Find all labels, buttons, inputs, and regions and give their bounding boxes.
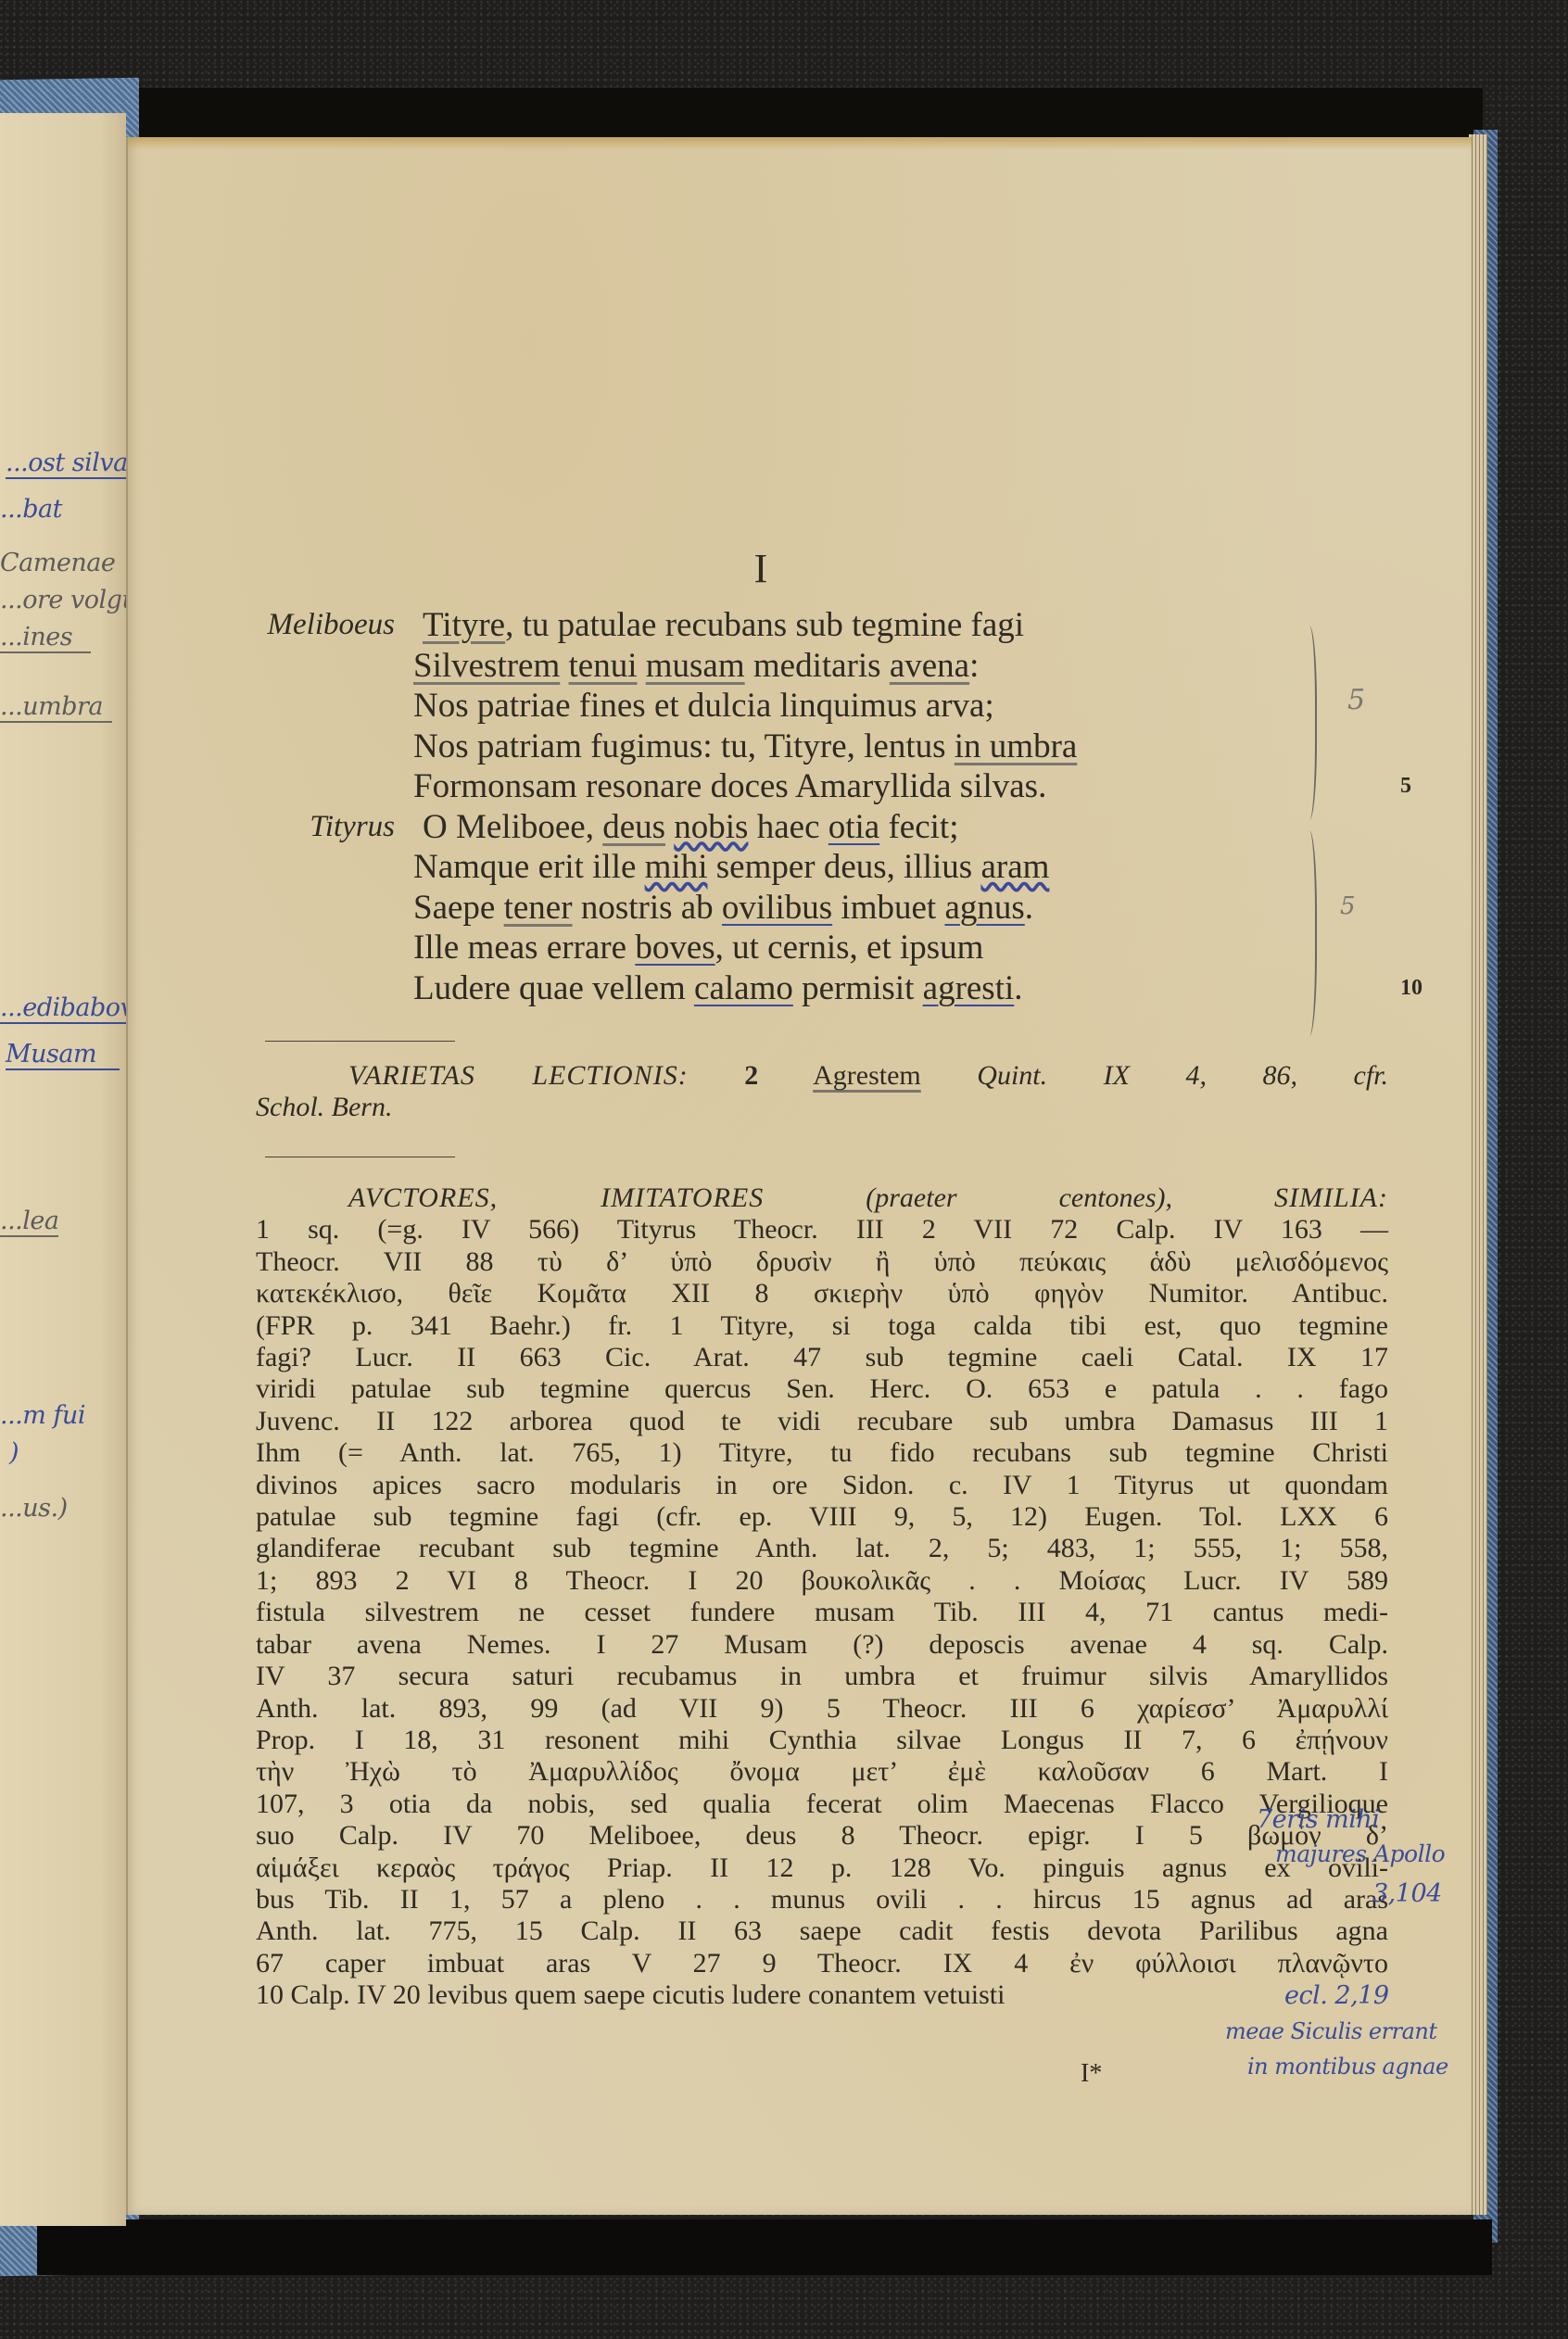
left-margin-note: ...ines [0,623,91,653]
left-margin-note: Camenae [0,549,115,577]
right-margin-note: meae Siculis errant [1225,2018,1436,2044]
speaker-label: Meliboeus [256,605,395,646]
verse-text: Nos patriam fugimus: tu, Tityre, lentus … [413,727,1077,767]
right-margin-note: ecl. 2,19 [1284,1981,1389,2010]
signature-mark: I* [1081,2059,1102,2089]
variant-readings: VARIETAS LECTIONIS: 2 Agrestem Quint. IX… [256,1060,1388,1124]
right-margin-note: 3,104 [1372,1879,1442,1908]
left-page-fragment: ...ost silvas ...bat Camenae ...ore volg… [0,113,126,2226]
apparatus-line: fagi? Lucr. II 663 Cic. Arat. 47 sub teg… [256,1342,1388,1373]
verse-text: Formonsam resonare doces Amaryllida silv… [413,766,1046,807]
pencil-bracket [1298,626,1317,820]
verse-text: Ludere quae vellem calamo permisit agres… [413,968,1023,1009]
verse-line: Namque erit ille mihi semper deus, illiu… [256,847,1414,888]
section-rule [265,1157,455,1157]
apparatus-line: 1; 893 2 VI 8 Theocr. I 20 βουκολικᾶς . … [256,1565,1388,1597]
line-number: 5 [1400,766,1411,807]
line-number: 10 [1400,968,1423,1009]
right-margin-note: 7eris mihi [1257,1805,1379,1834]
right-margin-note: in montibus agnae [1247,2054,1448,2080]
gutter-fold [126,137,128,2215]
poem-text: Meliboeus Tityre, tu patulae recubans su… [256,605,1414,1008]
apparatus-line: patulae sub tegmine fagi (cfr. ep. VIII … [256,1501,1388,1533]
apparatus-line: fistula silvestrem ne cesset fundere mus… [256,1597,1388,1628]
verse-text: Namque erit ille mihi semper deus, illiu… [413,847,1049,888]
left-margin-note: Musam [6,1040,120,1070]
apparatus-line: τὴν Ἠχὼ τὸ Ἀμαρυλλίδος ὄνομα μετ’ ἐμὲ κα… [256,1756,1388,1788]
variant-source: Quint. IX 4, 86, cfr. [977,1060,1388,1091]
book-shadow-top [93,88,1483,144]
left-margin-note: ...bat [0,495,62,524]
apparatus-line: 10 Calp. IV 20 levibus quem saepe cicuti… [256,1979,1388,2011]
verse-text: Ille meas errare boves, ut cernis, et ip… [413,928,983,968]
eclogue-number: I [126,545,1396,592]
variant-lemma: Agrestem [813,1060,921,1091]
verse-line: Ille meas errare boves, ut cernis, et ip… [256,928,1414,968]
apparatus-line: Anth. lat. 775, 15 Calp. II 63 saepe cad… [256,1915,1388,1947]
apparatus-line: IV 37 secura saturi recubamus in umbra e… [256,1661,1388,1692]
verse-line: Nos patriae fines et dulcia linquimus ar… [256,686,1414,727]
sources-heading-end: SIMILIA: [1274,1182,1388,1213]
sources-heading: AVCTORES, IMITATORES [348,1182,764,1213]
variant-heading: VARIETAS LECTIONIS: [348,1060,689,1091]
verse-text: Nos patriae fines et dulcia linquimus ar… [413,686,994,727]
apparatus-line: Juvenc. II 122 arborea quod te vidi recu… [256,1406,1388,1437]
page-edges [1469,134,1487,2215]
apparatus-line: 1 sq. (=g. IV 566) Tityrus Theocr. III 2… [256,1214,1388,1245]
verse-text: O Meliboee, deus nobis haec otia fecit; [423,807,959,848]
verse-line: Nos patriam fugimus: tu, Tityre, lentus … [256,727,1414,767]
variant-source-cont: Schol. Bern. [256,1092,1388,1123]
left-margin-note: ...lea [0,1207,58,1237]
verse-text: Saepe tener nostris ab ovilibus imbuet a… [413,888,1033,929]
verse-text: Silvestrem tenui musam meditaris avena: [413,646,979,687]
apparatus-line: 67 caper imbuat aras V 27 9 Theocr. IX 4… [256,1948,1388,1979]
apparatus-line: αἱμάξει κεραὸς τράγος Priap. II 12 p. 12… [256,1852,1388,1884]
section-rule [265,1041,455,1042]
left-margin-note: ...ost silvas [6,449,140,479]
sources-heading-paren: (praeter centones), [866,1182,1172,1213]
left-margin-note: ) [9,1438,19,1467]
apparatus-line: viridi patulae sub tegmine quercus Sen. … [256,1373,1388,1405]
apparatus-line: Ihm (= Anth. lat. 765, 1) Tityre, tu fid… [256,1437,1388,1469]
verse-line: Saepe tener nostris ab ovilibus imbuet a… [256,888,1414,929]
pencil-bracket [1298,830,1317,1036]
pencil-note: 5 [1347,684,1365,716]
pencil-note: 5 [1340,892,1356,920]
verse-line: Silvestrem tenui musam meditaris avena: [256,646,1414,687]
left-margin-note: ...umbra [0,692,112,723]
apparatus-line: suo Calp. IV 70 Meliboee, deus 8 Theocr.… [256,1820,1388,1852]
water-stain [126,137,1472,150]
apparatus-line: 107, 3 otia da nobis, sed qualia fecerat… [256,1789,1388,1820]
apparatus-line: (FPR p. 341 Baehr.) fr. 1 Tityre, si tog… [256,1310,1388,1342]
speaker-label: Tityrus [256,807,395,848]
variant-line-ref: 2 [744,1060,758,1091]
book-page: I Meliboeus Tityre, tu patulae recubans … [126,137,1472,2215]
verse-line: Tityrus O Meliboee, deus nobis haec otia… [256,807,1414,848]
apparatus-line: tabar avena Nemes. I 27 Musam (?) deposc… [256,1629,1388,1661]
verse-line: Ludere quae vellem calamo permisit agres… [256,968,1414,1009]
left-margin-note: ...us.) [0,1494,68,1523]
right-margin-note: majures Apollo [1275,1840,1445,1867]
left-margin-note: ...m fui [0,1401,85,1430]
apparatus-line: Prop. I 18, 31 resonent mihi Cynthia sil… [256,1725,1388,1756]
apparatus-line: divinos apices sacro modularis in ore Si… [256,1470,1388,1501]
apparatus-line: κατεκέκλισο, θεῖε Κομᾶτα XII 8 σκιερὴν ὑ… [256,1278,1388,1309]
left-margin-note: ...edibabov [0,993,133,1024]
book-shadow-bottom [37,2219,1492,2275]
sources-apparatus: AVCTORES, IMITATORES (praeter centones),… [256,1182,1388,2012]
verse-line: Meliboeus Tityre, tu patulae recubans su… [256,605,1414,646]
verse-line: Formonsam resonare doces Amaryllida silv… [256,766,1414,807]
apparatus-line: Anth. lat. 893, 99 (ad VII 9) 5 Theocr. … [256,1693,1388,1725]
apparatus-line: Theocr. VII 88 τὺ δ’ ὑπὸ δρυσὶν ἢ ὑπὸ πε… [256,1246,1388,1278]
apparatus-line: bus Tib. II 1, 57 a pleno . . munus ovil… [256,1884,1388,1915]
verse-text: Tityre, tu patulae recubans sub tegmine … [423,605,1024,646]
apparatus-line: glandiferae recubant sub tegmine Anth. l… [256,1533,1388,1564]
